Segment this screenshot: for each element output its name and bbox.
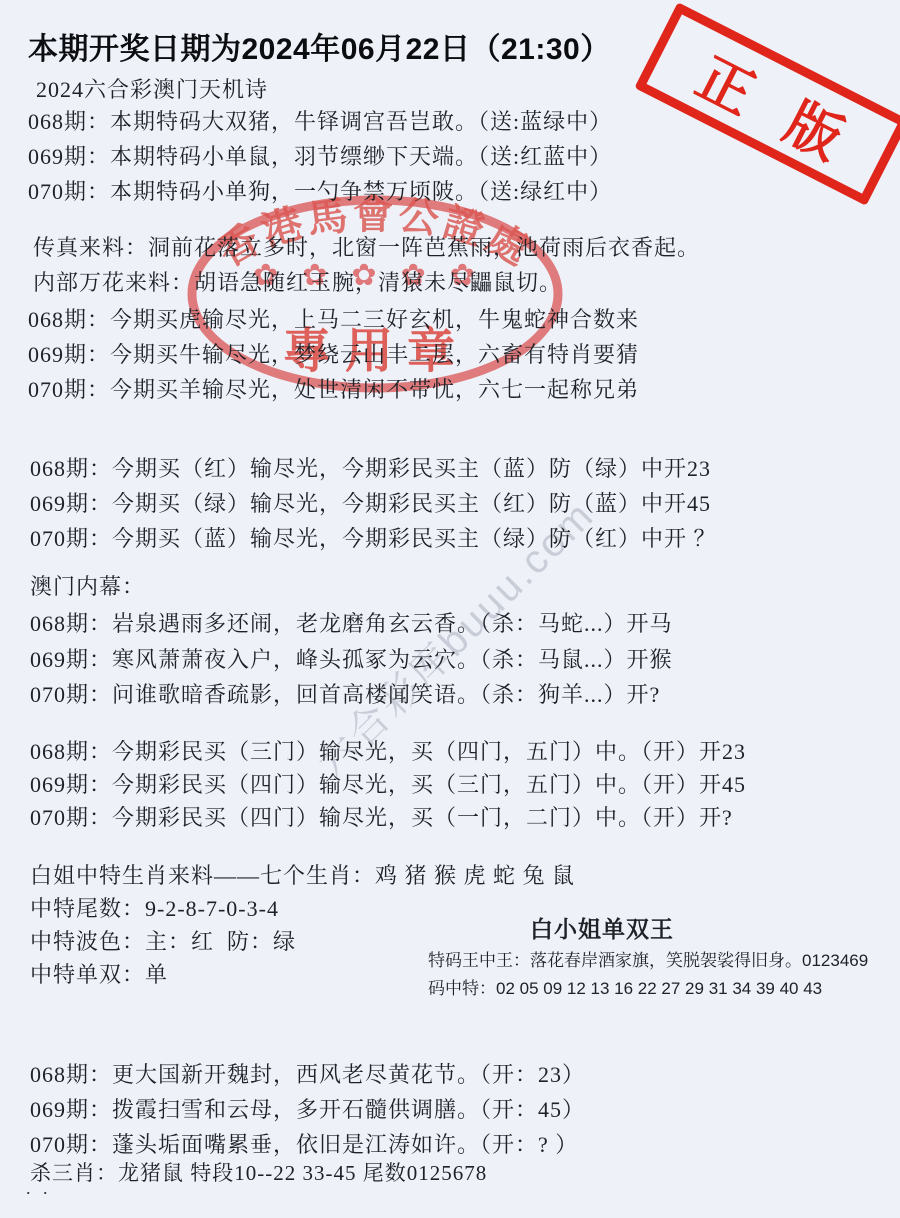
bottom-line-068: 068期：更大国新开魏封，西风老尽黄花节。（开：23） [30,1058,585,1089]
fax-line: 传真来料：洞前花落立多时，北窗一阵芭蕉雨，池荷雨后衣香起。 [33,231,700,262]
lottery-tip-sheet: 六合彩库buuu.com 香港馬會公證處 ✿✿✿✿✿ 專用章 正版 本期开奖日期… [0,0,900,1218]
neimu-line-068: 068期：岩泉遇雨多还闹，老龙磨角玄云香。（杀：马蛇...）开马 [30,607,673,638]
laoliao-line-069: 069期：今期买牛输尽光，梦绕云山丰二层，六畜有特肖要猜 [28,338,639,369]
authentic-stamp: 正版 [634,2,900,206]
baijie-shengxiao-line: 白姐中特生肖来料——七个生肖：鸡 猪 猴 虎 蛇 兔 鼠 [30,859,575,890]
tianji-line-069: 069期：本期特码小单鼠，羽节缥缈下天端。（送:红蓝中） [28,140,612,171]
bottom-line-069: 069期：拨霞扫雪和云母，多开石髓供调膳。（开：45） [30,1093,585,1124]
men-line-069: 069期：今期彩民买（四门）输尽光，买（三门，五门）中。（开）开45 [30,768,746,799]
footer-dots: . . [26,1178,52,1199]
neibu-line: 内部万花来料：胡语急随红玉腕，清猿未尽鼺鼠切。 [33,266,562,297]
men-line-068: 068期：今期彩民买（三门）输尽光，买（四门，五门）中。（开）开23 [30,735,746,766]
baijie-weishu-line: 中特尾数：9-2-8-7-0-3-4 [30,892,279,923]
baixiaojie-wang-line: 特码王中王：落花春岸酒家旗，笑脱袈裟得旧身。0123469 [428,946,868,971]
bose-line-070: 070期：今期买（蓝）输尽光，今期彩民买主（绿）防（红）中开 ？ [30,522,717,553]
baijie-danshuang-line: 中特单双：单 [30,958,168,989]
baixiaojie-ma-line: 码中特：02 05 09 12 13 16 22 27 29 31 34 39 … [428,974,822,999]
subtitle: 2024六合彩澳门天机诗 [36,73,268,104]
men-line-070: 070期：今期彩民买（四门）输尽光，买（一门，二门）中。（开）开? [30,801,733,832]
tianji-line-070: 070期：本期特码小单狗，一勺争禁万顷陂。（送:绿红中） [28,175,612,206]
baixiaojie-title: 白小姐单双王 [530,911,674,944]
laoliao-line-070: 070期：今期买羊输尽光，处世清闲不带忧，六七一起称兄弟 [28,373,639,404]
page-title: 本期开奖日期为2024年06月22日（21:30） [28,24,611,68]
neimu-line-069: 069期：寒风萧萧夜入户，峰头孤冢为云穴。（杀：马鼠...）开猴 [30,643,673,674]
bottom-line-070: 070期：蓬头垢面嘴累垂，依旧是江涛如许。（开：? ） [30,1128,578,1159]
authentic-stamp-label: 正版 [646,14,898,194]
neimu-heading: 澳门内幕： [30,570,145,601]
laoliao-line-068: 068期：今期买虎输尽光，上马二三好玄机，牛鬼蛇神合数来 [28,303,639,334]
kill-three-line: 杀三肖：龙猪鼠 特段10--22 33-45 尾数0125678 [30,1157,487,1187]
baijie-bose-line: 中特波色：主：红 防：绿 [30,925,296,956]
bose-line-069: 069期：今期买（绿）输尽光，今期彩民买主（红）防（蓝）中开45 [30,487,711,518]
tianji-line-068: 068期：本期特码大双猪，牛铎调宫吾岂敢。（送:蓝绿中） [28,105,612,136]
neimu-line-070: 070期：问谁歌暗香疏影，回首高楼闻笑语。（杀：狗羊...）开? [30,678,660,709]
bose-line-068: 068期：今期买（红）输尽光，今期彩民买主（蓝）防（绿）中开23 [30,452,711,483]
